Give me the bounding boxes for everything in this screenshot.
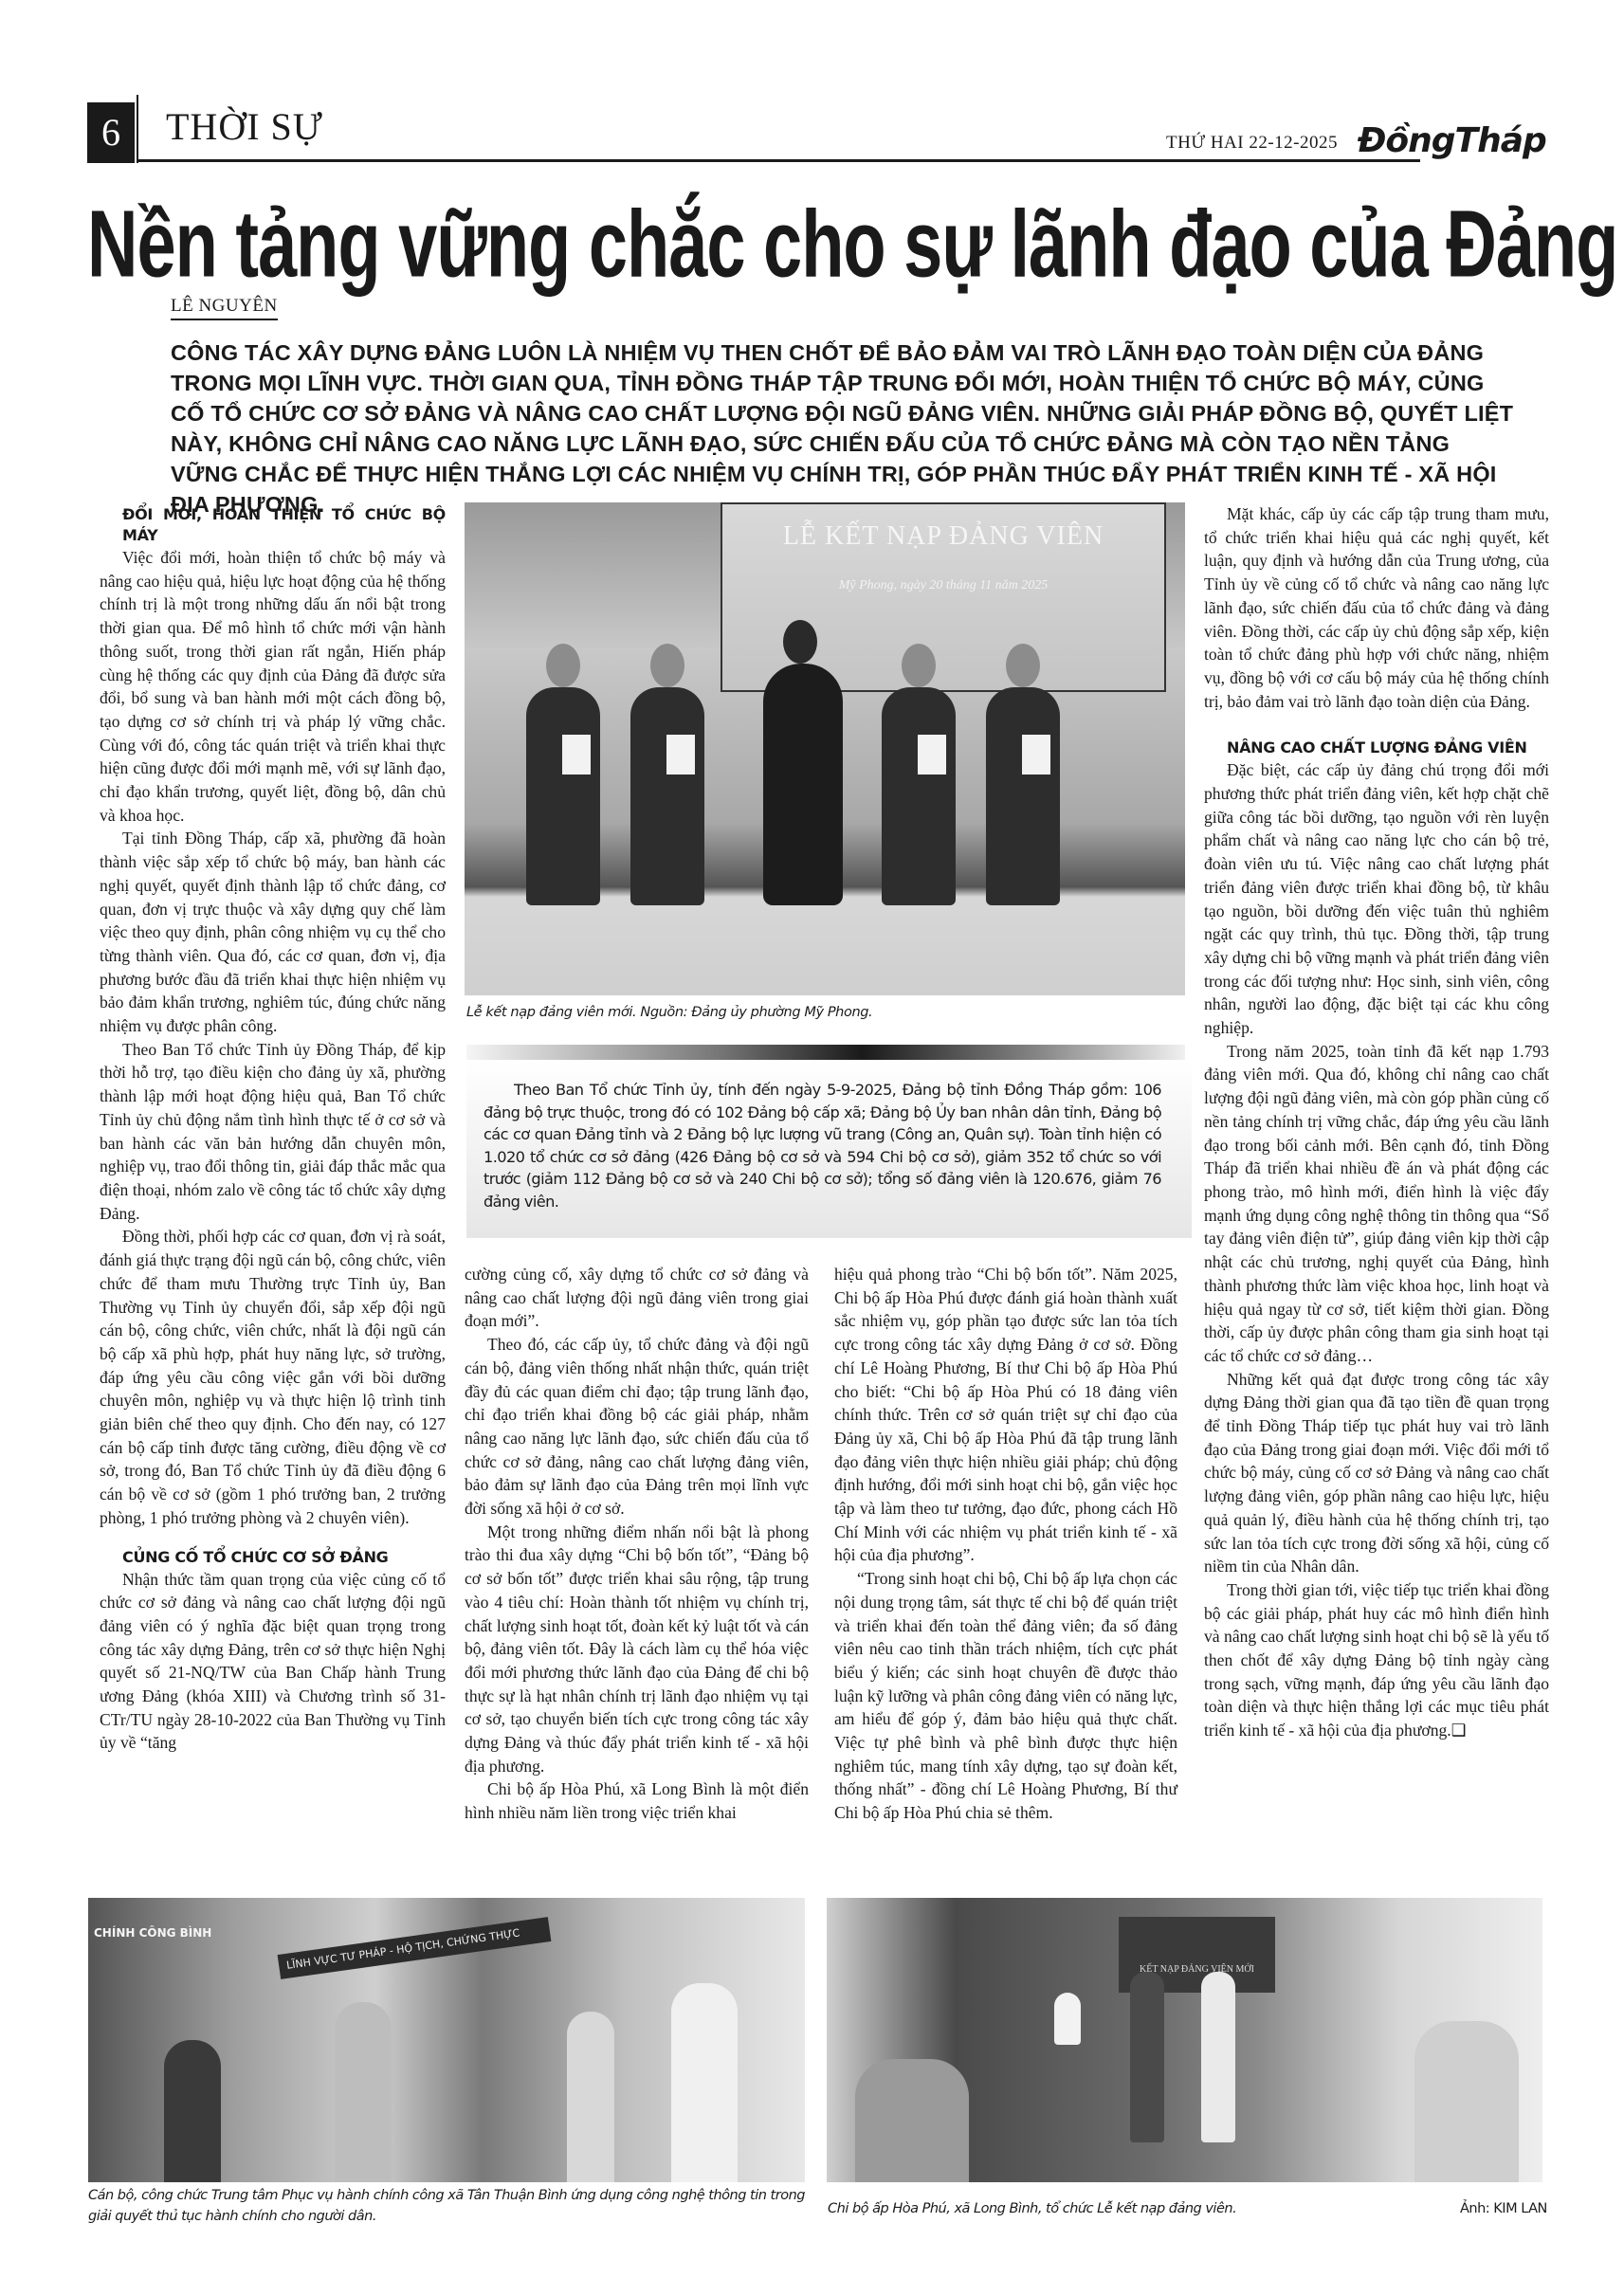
subheading-quality: Nâng cao chất lượng đảng viên <box>1227 738 1549 758</box>
byline: LÊ NGUYÊN <box>171 296 278 320</box>
column-1: Đổi mới, hoàn thiện tổ chức bộ máy Việc … <box>100 504 446 1755</box>
paragraph: Trong thời gian tới, việc tiếp tục triển… <box>1204 1578 1549 1742</box>
headline: Nền tảng vững chắc cho sự lãnh đạo của Đ… <box>87 197 1424 292</box>
photo-caption-admin: Cán bộ, công chức Trung tâm Phục vụ hành… <box>88 2185 809 2227</box>
column-3: hiệu quả phong trào “Chi bộ bốn tốt”. Nă… <box>834 1263 1177 1825</box>
photo-person <box>164 2040 221 2182</box>
paragraph: “Trong sinh hoạt chi bộ, Chi bộ ấp lựa c… <box>834 1567 1177 1825</box>
photo-audience <box>855 2059 969 2182</box>
paragraph: Đồng thời, phối hợp các cơ quan, đơn vị … <box>100 1225 446 1529</box>
paragraph: hiệu quả phong trào “Chi bộ bốn tốt”. Nă… <box>834 1263 1177 1567</box>
wall-sign: CHÍNH CÔNG BÌNH <box>94 1926 211 1940</box>
lead-paragraph: Công tác xây dựng Đảng luôn là nhiệm vụ … <box>171 337 1517 519</box>
photo-ceremony-hoa-phu: KẾT NẠP ĐẢNG VIÊN MỚI <box>827 1898 1542 2182</box>
photo-person <box>335 2002 392 2182</box>
info-box-text: Theo Ban Tổ chức Tỉnh ủy, tính đến ngày … <box>484 1079 1161 1212</box>
photo-person <box>1201 1972 1235 2142</box>
paragraph-text: Trong thời gian tới, việc tiếp tục triển… <box>1204 1580 1549 1740</box>
subheading-consolidate: Củng cố tổ chức cơ sở đảng <box>122 1547 446 1568</box>
end-mark-icon: ❑ <box>1451 1721 1467 1740</box>
info-box-bar <box>466 1045 1185 1060</box>
photo-credit: Ảnh: KIM LAN <box>1460 2201 1547 2216</box>
paragraph: Tại tỉnh Đồng Tháp, cấp xã, phường đã ho… <box>100 827 446 1037</box>
photo-person <box>526 687 600 905</box>
newspaper-logo: ĐồngTháp <box>1358 121 1546 160</box>
photo-person <box>882 687 956 905</box>
photo-person <box>567 2012 614 2182</box>
main-photo: LỄ KẾT NẠP ĐẢNG VIÊN Mỹ Phong, ngày 20 t… <box>465 502 1185 995</box>
ceremony-banner: LỄ KẾT NẠP ĐẢNG VIÊN Mỹ Phong, ngày 20 t… <box>721 502 1166 692</box>
paragraph: cường củng cố, xây dựng tổ chức cơ sở đả… <box>465 1263 809 1333</box>
banner-title: LỄ KẾT NẠP ĐẢNG VIÊN <box>721 521 1166 552</box>
main-photo-caption: Lễ kết nạp đảng viên mới. Nguồn: Đảng ủy… <box>466 1005 872 1020</box>
section-name: THỜI SỰ <box>166 104 323 149</box>
paragraph: Nhận thức tầm quan trọng của việc củng c… <box>100 1568 446 1756</box>
paragraph: Theo đó, các cấp ủy, tổ chức đảng và đội… <box>465 1333 809 1521</box>
paragraph: Mặt khác, cấp ủy các cấp tập trung tham … <box>1204 502 1549 713</box>
paragraph: Những kết quả đạt được trong công tác xâ… <box>1204 1368 1549 1578</box>
photo-audience <box>1414 2021 1519 2182</box>
photo-person <box>630 687 704 905</box>
bust-statue <box>1054 1993 1081 2045</box>
paragraph: Trong năm 2025, toàn tỉnh đã kết nạp 1.7… <box>1204 1040 1549 1368</box>
paragraph: Một trong những điểm nhấn nổi bật là pho… <box>465 1521 809 1778</box>
issue-date: THỨ HAI 22-12-2025 <box>1166 133 1338 154</box>
info-box: Theo Ban Tổ chức Tỉnh ủy, tính đến ngày … <box>466 1060 1192 1238</box>
counter-sign: LĨNH VỰC TƯ PHÁP - HỘ TỊCH, CHỨNG THỰC <box>278 1917 552 1979</box>
photo-admin-center: CHÍNH CÔNG BÌNH LĨNH VỰC TƯ PHÁP - HỘ TỊ… <box>88 1898 805 2182</box>
column-2: cường củng cố, xây dựng tổ chức cơ sở đả… <box>465 1263 809 1825</box>
paragraph: Theo Ban Tổ chức Tỉnh ủy Đồng Tháp, để k… <box>100 1038 446 1226</box>
paragraph: Chi bộ ấp Hòa Phú, xã Long Bình là một đ… <box>465 1777 809 1824</box>
subheading-reform: Đổi mới, hoàn thiện tổ chức bộ máy <box>122 504 446 546</box>
photo-person <box>671 1983 738 2182</box>
paragraph: Việc đổi mới, hoàn thiện tổ chức bộ máy … <box>100 546 446 827</box>
header-divider <box>137 95 138 163</box>
photo-person <box>1130 1972 1164 2142</box>
paragraph: Đặc biệt, các cấp ủy đảng chú trọng đổi … <box>1204 758 1549 1039</box>
page-number: 6 <box>87 102 135 163</box>
photo-person <box>763 664 843 905</box>
photo-caption-ceremony: Chi bộ ấp Hòa Phú, xã Long Bình, tổ chức… <box>828 2201 1236 2216</box>
photo-person <box>986 687 1060 905</box>
banner-subtitle: Mỹ Phong, ngày 20 tháng 11 năm 2025 <box>721 578 1166 593</box>
header-rule <box>137 159 1420 162</box>
column-4: Mặt khác, cấp ủy các cấp tập trung tham … <box>1204 502 1549 1742</box>
